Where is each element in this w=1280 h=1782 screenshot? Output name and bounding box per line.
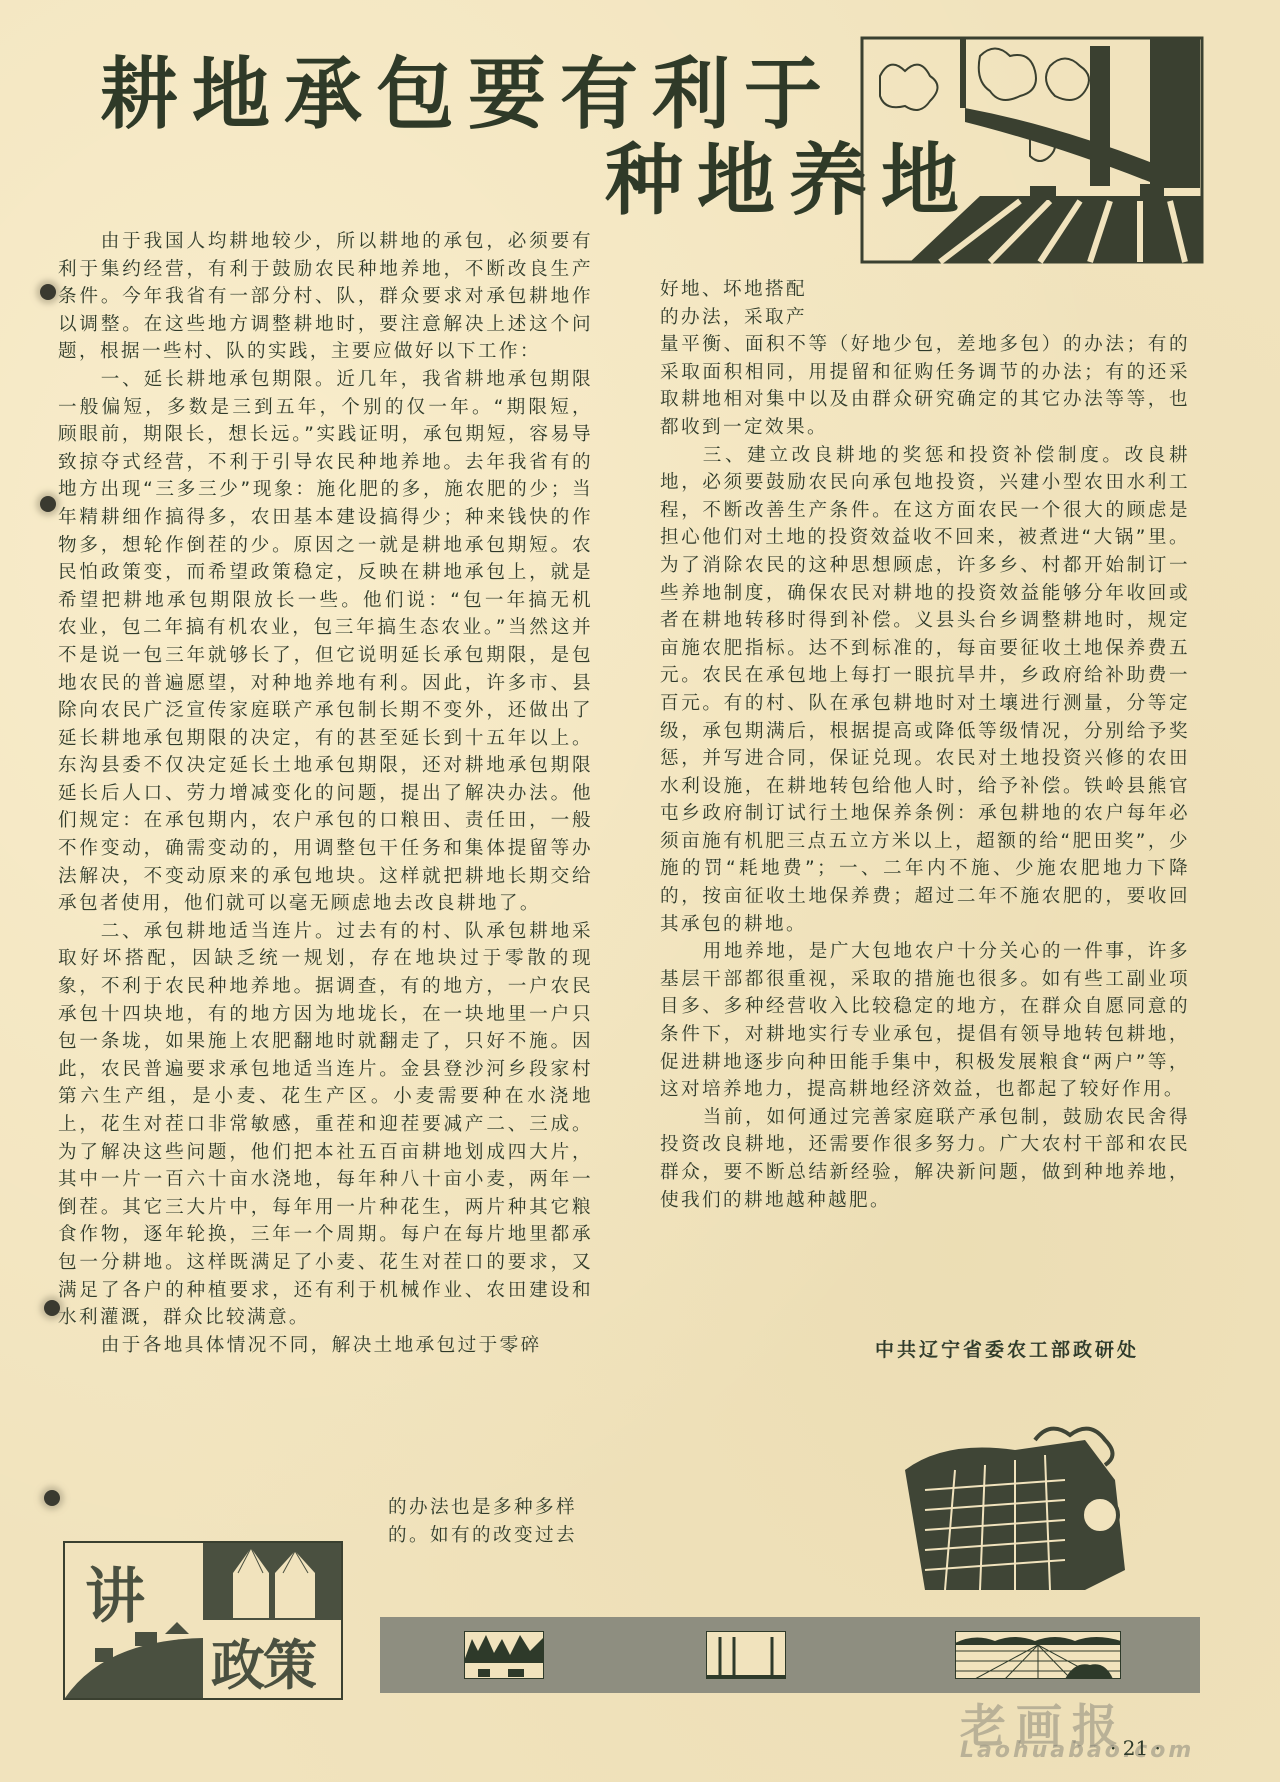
text-line: 好地、坏地搭配 bbox=[660, 276, 1190, 304]
field-grid-vignette bbox=[955, 1631, 1121, 1679]
paragraph-section-2: 二、承包耕地适当连片。过去有的村、队承包耕地采取好坏搭配，因缺乏统一规划，存在地… bbox=[58, 918, 593, 1332]
text-line: 的办法，采取产 bbox=[660, 304, 1190, 332]
article-left-column: 由于我国人均耕地较少，所以耕地的承包，必须要有利于集约经营，有利于鼓励农民种地养… bbox=[58, 228, 593, 1359]
haystack-icon bbox=[203, 1543, 341, 1620]
page-number: · 21 · bbox=[1110, 1736, 1161, 1760]
text-line: 的。如有的改变过去 bbox=[388, 1522, 593, 1550]
paragraph-intro: 由于我国人均耕地较少，所以耕地的承包，必须要有利于集约经营，有利于鼓励农民种地养… bbox=[58, 228, 593, 366]
paragraph-section-3: 三、建立改良耕地的奖惩和投资补偿制度。改良耕地，必须要鼓励农民向承包地投资，兴建… bbox=[660, 442, 1190, 939]
binding-hole bbox=[44, 1490, 60, 1506]
binding-hole bbox=[40, 496, 56, 512]
binding-hole bbox=[40, 284, 56, 300]
paragraph-methods: 量平衡、面积不等（好地少包，差地多包）的办法；有的采取面积相同，用提留和征购任务… bbox=[660, 331, 1190, 441]
binding-hole bbox=[44, 1300, 60, 1316]
farmer-papercut-illustration bbox=[885, 1420, 1140, 1595]
tree-field-illustration bbox=[860, 36, 1206, 266]
badge-char-zhengce: 政策 bbox=[211, 1623, 315, 1700]
author-byline: 中共辽宁省委农工部政研处 bbox=[875, 1335, 1139, 1362]
paragraph-conclusion: 当前，如何通过完善家庭联产承包制，鼓励农民舍得投资改良耕地，还需要作很多努力。广… bbox=[660, 1104, 1190, 1214]
left-column-tail: 的办法也是多种多样 的。如有的改变过去 bbox=[388, 1494, 593, 1549]
mountain-village-vignette bbox=[464, 1631, 544, 1679]
text-line: 的办法也是多种多样 bbox=[388, 1494, 593, 1522]
village-icon bbox=[65, 1620, 203, 1698]
column-badge: 讲 政策 bbox=[63, 1541, 343, 1700]
paragraph-fragmentation: 由于各地具体情况不同，解决土地承包过于零碎 bbox=[58, 1332, 593, 1360]
footer-band bbox=[380, 1617, 1200, 1693]
trees-vignette bbox=[706, 1631, 786, 1679]
paragraph-land-use: 用地养地，是广大包地农户十分关心的一件事，许多基层干部都很重视，采取的措施也很多… bbox=[660, 938, 1190, 1104]
article-right-column: 好地、坏地搭配 的办法，采取产 量平衡、面积不等（好地少包，差地多包）的办法；有… bbox=[660, 276, 1190, 1214]
paragraph-section-1: 一、延长耕地承包期限。近几年，我省耕地承包期限一般偏短，多数是三到五年，个别的仅… bbox=[58, 366, 593, 918]
